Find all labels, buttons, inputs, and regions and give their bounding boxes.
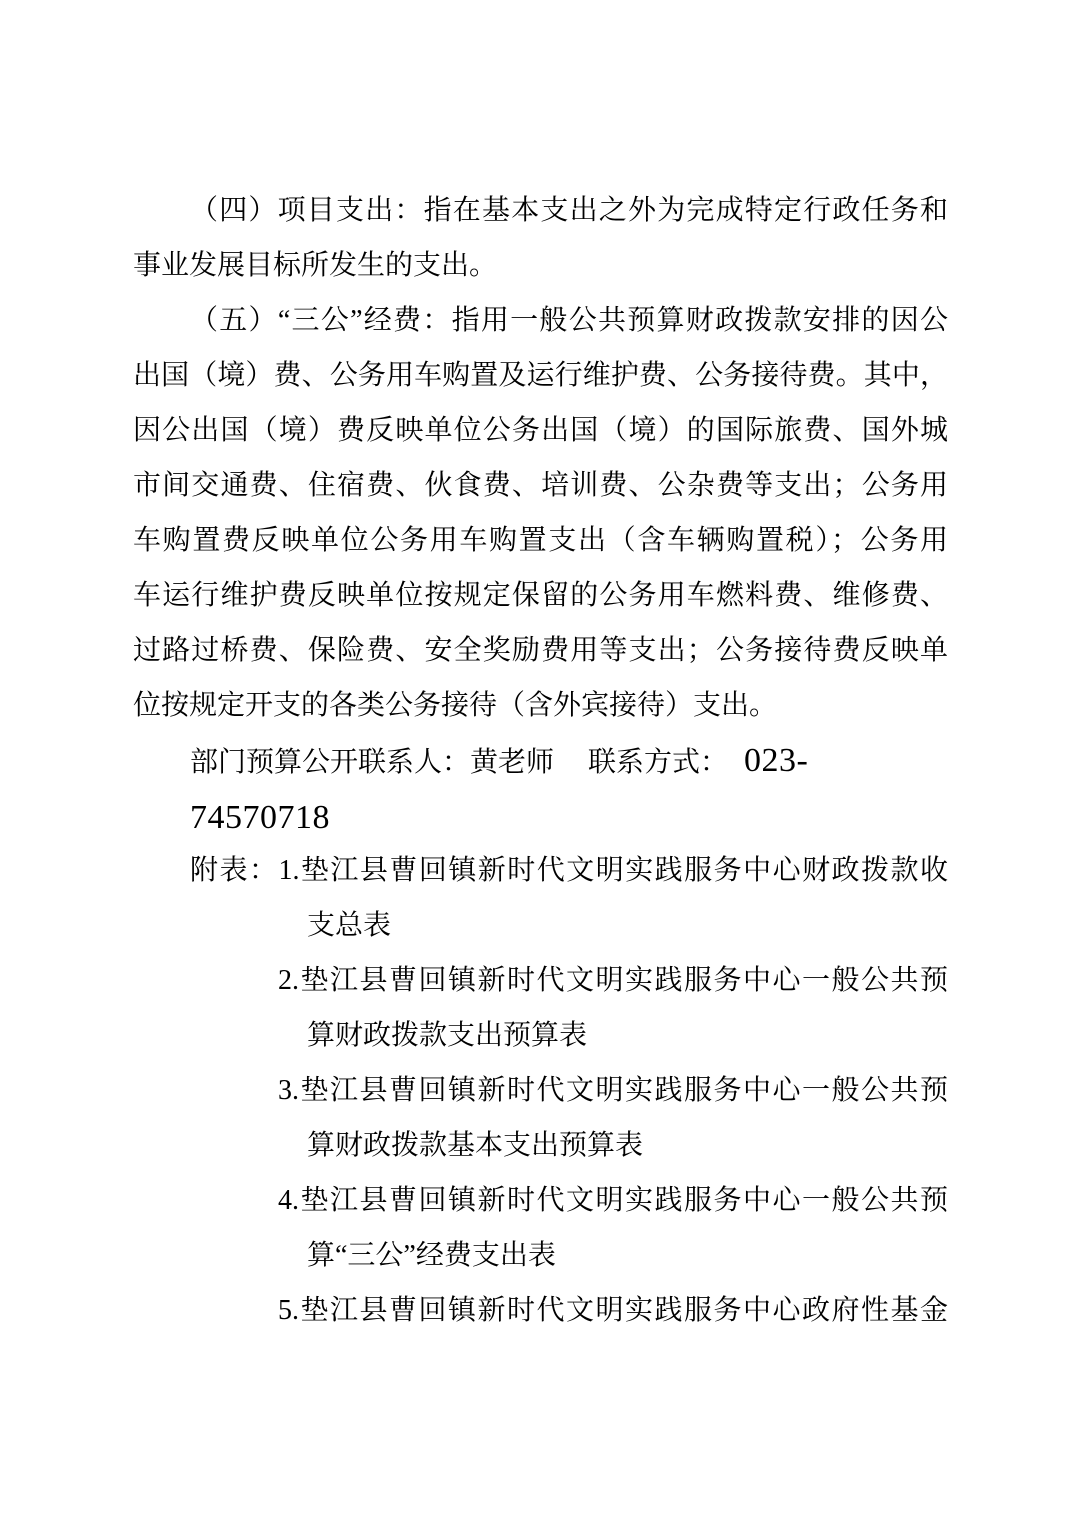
- paragraph-item5-line: 因公出国（境）费反映单位公务出国（境）的国际旅费、国外城: [133, 403, 948, 458]
- appendix-item-line: 3.垫江县曹回镇新时代文明实践服务中心一般公共预: [133, 1063, 948, 1118]
- appendix-label-line: 附表：1.垫江县曹回镇新时代文明实践服务中心财政拨款收: [133, 843, 948, 898]
- paragraph-item4-line: （四）项目支出：指在基本支出之外为完成特定行政任务和: [133, 183, 948, 238]
- contact-person-name: 黄老师: [470, 747, 554, 778]
- paragraph-item5-line: （五）“三公”经费：指用一般公共预算财政拨款安排的因公: [133, 293, 948, 348]
- contact-line: 部门预算公开联系人：黄老师联系方式：023-74570718: [133, 733, 948, 788]
- appendix-item-line: 2.垫江县曹回镇新时代文明实践服务中心一般公共预: [133, 953, 948, 1008]
- paragraph-item5-line: 车购置费反映单位公务用车购置支出（含车辆购置税）；公务用: [133, 513, 948, 568]
- appendix-item-line: 5.垫江县曹回镇新时代文明实践服务中心政府性基金: [133, 1283, 948, 1338]
- appendix-continuation-line: 支总表: [133, 898, 948, 953]
- spacer: [728, 770, 744, 771]
- contact-label: 部门预算公开联系人：: [190, 747, 470, 778]
- appendix-item-line: 4.垫江县曹回镇新时代文明实践服务中心一般公共预: [133, 1173, 948, 1228]
- appendix-continuation-line: 算财政拨款支出预算表: [133, 1008, 948, 1063]
- document-body: （四）项目支出：指在基本支出之外为完成特定行政任务和 事业发展目标所发生的支出。…: [133, 183, 948, 1338]
- appendix-continuation-line: 算财政拨款基本支出预算表: [133, 1118, 948, 1173]
- paragraph-item4-line: 事业发展目标所发生的支出。: [133, 238, 948, 293]
- paragraph-item5-line: 出国（境）费、公务用车购置及运行维护费、公务接待费。其中，: [133, 348, 948, 403]
- document-page: （四）项目支出：指在基本支出之外为完成特定行政任务和 事业发展目标所发生的支出。…: [0, 0, 1074, 1520]
- paragraph-item5-line: 过路过桥费、保险费、安全奖励费用等支出；公务接待费反映单: [133, 623, 948, 678]
- paragraph-item5-line: 市间交通费、住宿费、伙食费、培训费、公杂费等支出；公务用: [133, 458, 948, 513]
- contact-method-label: 联系方式：: [588, 747, 728, 778]
- spacer: [554, 770, 588, 771]
- paragraph-item5-line: 车运行维护费反映单位按规定保留的公务用车燃料费、维修费、: [133, 568, 948, 623]
- appendix-continuation-line: 算“三公”经费支出表: [133, 1228, 948, 1283]
- paragraph-item5-line: 位按规定开支的各类公务接待（含外宾接待）支出。: [133, 678, 948, 733]
